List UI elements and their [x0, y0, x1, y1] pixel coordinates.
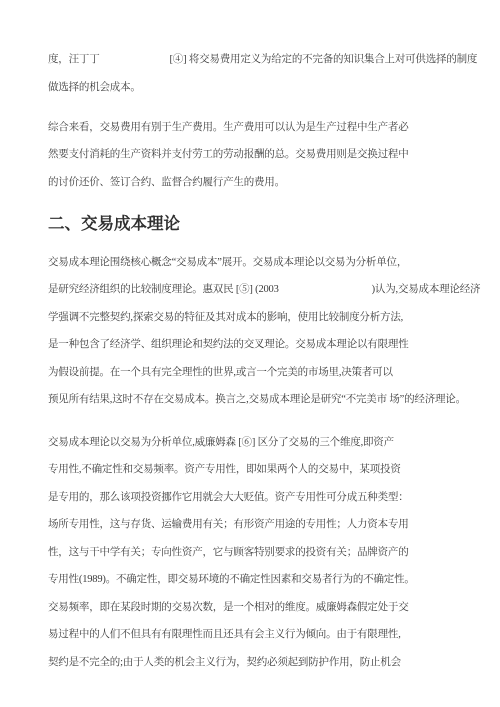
- text-segment: 度，汪丁丁: [48, 54, 100, 65]
- paragraph-transaction-cost-theory-overview: 交易成本理论围绕核心概念“交易成本”展开。交易成本理论以交易为分析单位， 是研究…: [48, 249, 500, 414]
- text-line: 专用性,不确定性和交易频率。资产专用性，即如果两个人的交易中，某项投资: [48, 456, 500, 484]
- text-line: 场所专用性，这与存货、运输费用有关；有形资产用途的专用性；人力资本专用: [48, 511, 500, 539]
- paragraph-transaction-dimensions: 交易成本理论以交易为分析单位,威廉姆森 [⑥] 区分了交易的三个维度,即资产 专…: [48, 429, 500, 677]
- text-line: 综合来看，交易费用有别于生产费用。生产费用可以认为是生产过程中生产者必: [48, 114, 500, 142]
- inline-gap: [100, 61, 170, 62]
- text-line: 是研究经济组织的比较制度理论。惠双民 [⑤] (2003)认为,交易成本理论经济: [48, 276, 500, 304]
- text-line: 做选择的机会成本。: [48, 74, 500, 102]
- text-line: 交易成本理论围绕核心概念“交易成本”展开。交易成本理论以交易为分析单位，: [48, 249, 500, 277]
- citation-marker-5-segment: 是研究经济组织的比较制度理论。惠双民 [⑤] (2003: [48, 284, 279, 295]
- text-line: 性，这与干中学有关；专向性资产，它与顾客特别要求的投资有关；品牌资产的: [48, 539, 500, 567]
- text-line: 交易成本理论以交易为分析单位,威廉姆森 [⑥] 区分了交易的三个维度,即资产: [48, 429, 500, 457]
- text-line: 预见所有结果,这时不存在交易成本。换言之,交易成本理论是研究“不完美市 场”的经…: [48, 386, 500, 414]
- text-line: 度，汪丁丁[④] 将交易费用定义为给定的不完备的知识集合上对可供选择的制度: [48, 46, 500, 74]
- text-segment: )认为,交易成本理论经济: [372, 284, 481, 295]
- text-line: 专用性(1989)。不确定性，即交易环境的不确定性因素和交易者行为的不确定性。: [48, 566, 500, 594]
- paragraph-transaction-fee-definition: 度，汪丁丁[④] 将交易费用定义为给定的不完备的知识集合上对可供选择的制度 做选…: [48, 46, 500, 101]
- text-line: 交易频率，即在某段时期的交易次数，是一个相对的维度。威廉姆森假定处于交: [48, 594, 500, 622]
- text-line: 为假设前提。在一个具有完全理性的世界,或言一个完美的市场里,决策者可以: [48, 359, 500, 387]
- document-content: 度，汪丁丁[④] 将交易费用定义为给定的不完备的知识集合上对可供选择的制度 做选…: [48, 46, 500, 676]
- text-line: 是专用的，那么该项投资挪作它用就会大大贬值。资产专用性可分成五种类型：: [48, 484, 500, 512]
- document-page: 度，汪丁丁[④] 将交易费用定义为给定的不完备的知识集合上对可供选择的制度 做选…: [0, 0, 500, 707]
- text-line: 易过程中的人们不但具有有限理性而且还具有会主义行为倾向。由于有限理性,: [48, 621, 500, 649]
- citation-marker-4-segment: [④] 将交易费用定义为给定的不完备的知识集合上对可供选择的制度: [170, 54, 478, 65]
- text-line: 的讨价还价、签订合约、监督合约履行产生的费用。: [48, 169, 500, 197]
- text-line: 然要支付消耗的生产资料并支付劳工的劳动报酬的总。交易费用则是交换过程中: [48, 141, 500, 169]
- section-heading: 二、交易成本理论: [48, 210, 500, 238]
- paragraph-fee-vs-production-cost: 综合来看，交易费用有别于生产费用。生产费用可以认为是生产过程中生产者必 然要支付…: [48, 114, 500, 197]
- text-line: 契约是不完全的;由于人类的机会主义行为，契约必须起到防护作用，防止机会: [48, 649, 500, 677]
- text-line: 是一种包含了经济学、组织理论和契约法的交叉理论。交易成本理论以有限理性: [48, 331, 500, 359]
- text-line: 学强调不完整契约,探索交易的特征及其对成本的影响，使用比较制度分析方法,: [48, 304, 500, 332]
- inline-gap: [279, 291, 372, 292]
